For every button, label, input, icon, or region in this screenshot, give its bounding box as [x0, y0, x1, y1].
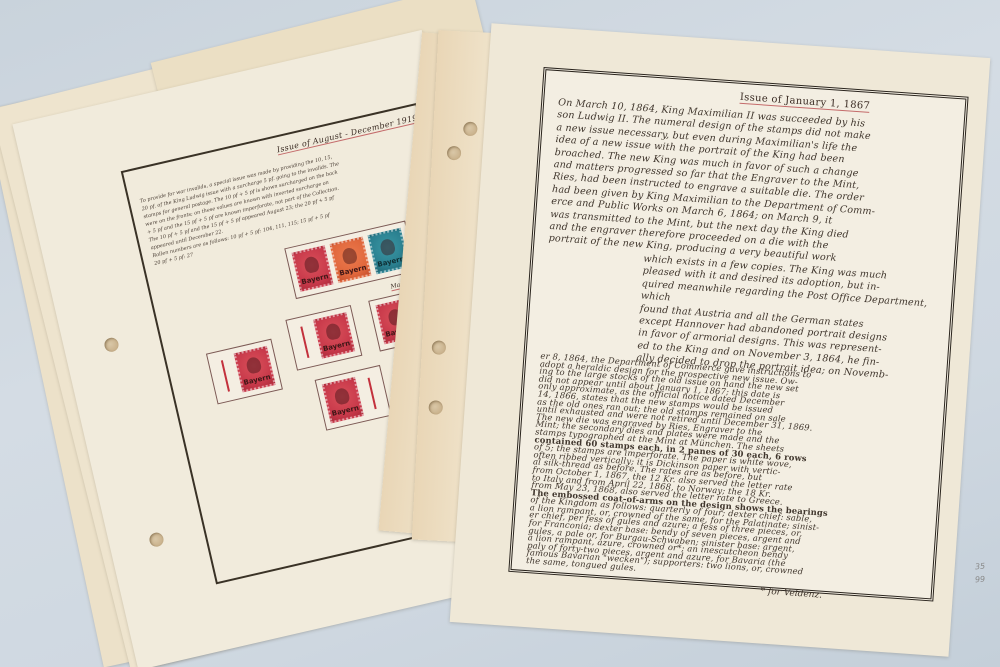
portrait-icon [341, 247, 358, 266]
footnote: * for Veldenz. [760, 586, 822, 600]
right-page-title: Issue of January 1, 1867 [740, 92, 871, 113]
margin-strip [213, 355, 238, 398]
paragraph-3: er 8, 1864, the Department of Commerce g… [526, 353, 940, 593]
punch-hole [447, 146, 462, 161]
punch-hole [432, 340, 447, 355]
stamp-red: Bayern [234, 346, 276, 393]
marginal-block-4: Bayern [315, 365, 392, 431]
punch-hole [463, 122, 478, 137]
right-album-page: Issue of January 1, 1867 On March 10, 18… [450, 23, 991, 656]
portrait-icon [379, 238, 396, 257]
stamp-red: Bayern [313, 312, 355, 359]
pencil-note-99: 99 [975, 575, 986, 585]
stamp-red: Bayern [291, 245, 333, 292]
right-page-frame: Issue of January 1, 1867 On March 10, 18… [508, 67, 968, 601]
marginal-block-2: Bayern [285, 305, 362, 371]
margin-strip [360, 372, 385, 415]
portrait-icon [333, 387, 350, 406]
stamp-orange: Bayern [329, 237, 371, 284]
punch-hole [148, 531, 165, 548]
margin-strip [293, 321, 318, 364]
portrait-icon [325, 322, 342, 341]
marginal-block-1: Bayern [206, 339, 283, 405]
stamp-red: Bayern [322, 377, 364, 424]
photo-scene: Issue of August - December 1919 To provi… [0, 0, 1000, 667]
pencil-note-35: 35 [975, 562, 986, 572]
portrait-icon [303, 255, 320, 274]
punch-hole [103, 336, 120, 353]
portrait-icon [245, 356, 262, 375]
punch-hole [428, 400, 443, 415]
paragraph-1: On March 10, 1864, King Maximilian II wa… [548, 97, 957, 273]
